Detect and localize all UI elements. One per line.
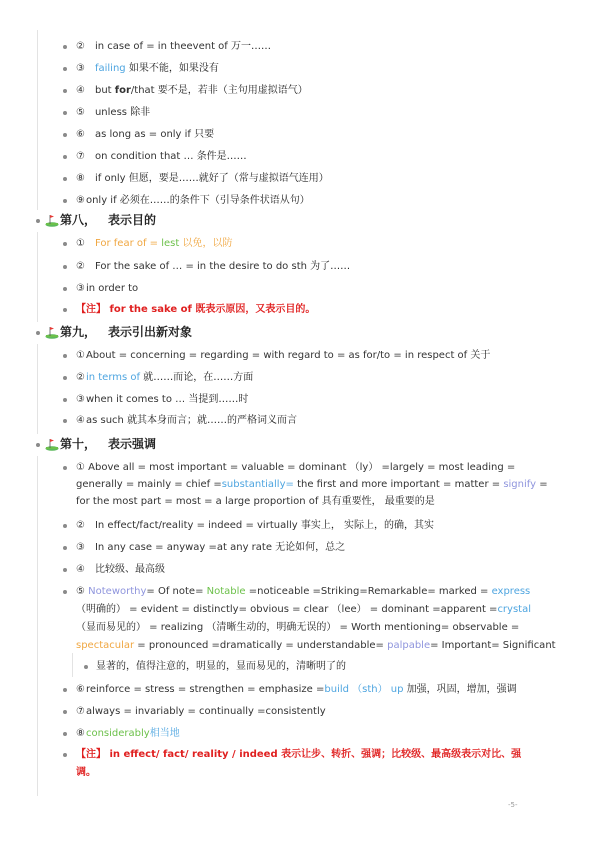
text-span: In effect/fact/reality = indeed = virtua… [95,520,301,531]
text-span: 条件是…… [197,151,247,162]
item-number: ⑦ [76,706,85,717]
text-span: lest [161,238,179,249]
item-number: ⑥ [76,684,85,695]
tree-guide-line [37,456,38,796]
text-span: 要不是，若非（主句用虚拟语气） [158,85,308,96]
list-item: ③when it comes to … 当提到……时 [76,393,248,407]
list-item: ④as such 就其本身而言；就……的严格词义而言 [76,414,297,428]
item-number: ① [76,238,85,249]
bullet-icon [63,111,67,115]
text-span: = realizing [146,622,206,633]
text-span: 但愿，要是……就好了（常与虚拟语气连用） [129,173,329,184]
bullet-icon [63,67,67,71]
list-item: ⑧if only 但愿，要是……就好了（常与虚拟语气连用） [76,172,329,186]
text-span: = evident = distinctly= obvious = clear … [126,604,497,615]
text-span: always = invariably = continually =consi… [86,706,326,717]
item-number: ⑧ [76,728,85,739]
text-span: 相当地 [150,728,180,739]
bullet-icon [36,219,40,223]
text-span: = pronounced =dramatically = understanda… [134,640,387,651]
section-number: 第八， [60,213,96,227]
note-text: 【注】 in effect/ fact/ reality / indeed 表示… [76,748,521,762]
text-span: About = concerning = regarding = with re… [86,350,470,361]
list-item: ③in order to [76,282,138,296]
text-span: considerably [86,728,150,739]
bullet-icon [63,753,67,757]
text-span: For fear of = [95,238,161,249]
bullet-icon [63,265,67,269]
text-span: ⑤ [76,586,88,597]
tree-guide-line [37,232,38,322]
bullet-icon [63,590,67,594]
text-span: but [95,85,115,96]
item-number: ② [76,41,85,52]
text-span: the first and more important = matter = [294,479,503,490]
text-span: Notable [207,586,246,597]
list-item: ⑦on condition that … 条件是…… [76,150,247,164]
text-span: = Important= Significant [430,640,555,651]
emphasis-item-5-line: ⑤ Noteworthy= Of note= Notable =noticeab… [76,585,530,599]
text-span: for [115,85,131,96]
list-item: ⑥reinforce = stress = strengthen = empha… [76,683,517,697]
note-text: 调。 [76,766,96,780]
bullet-icon [63,133,67,137]
list-item: ②In effect/fact/reality = indeed = virtu… [76,519,434,533]
text-span: For the sake of … = in the desire to do … [95,261,310,272]
text-span: ① Above all = most important = valuable … [76,462,515,473]
golf-flag-icon [45,437,59,451]
item-number: ④ [76,415,85,426]
text-span: in terms of [86,372,140,383]
bullet-icon [63,308,67,312]
text-span: reinforce = stress = strengthen = emphas… [86,684,324,695]
item-number: ⑨ [76,195,85,206]
text-span: when it comes to … [86,394,188,405]
text-span: 无论如何，总之 [275,542,345,553]
text-span: 加强，巩固，增加，强调 [404,684,517,695]
list-item: ⑨only if 必须在……的条件下（引导条件状语从句） [76,194,310,208]
bullet-icon [63,177,67,181]
item-number: ② [76,372,85,383]
text-span: = Of note= [146,586,206,597]
bullet-icon [63,419,67,423]
list-item: ①For fear of = lest 以免，以防 [76,237,233,251]
bullet-icon [63,376,67,380]
item-number: ④ [76,564,85,575]
emphasis-item-1-line: for the most part = most = a large propo… [76,495,435,509]
text-span: spectacular [76,640,134,651]
item-number: ① [76,350,85,361]
list-item: ⑧considerably相当地 [76,727,180,741]
bullet-icon [63,688,67,692]
tree-guide-line [72,653,73,677]
section-heading: 第八，表示目的 [60,212,156,228]
text-span: generally = mainly = chief = [76,479,222,490]
item-number: ⑦ [76,151,85,162]
text-span: crystal [497,604,531,615]
emphasis-item-1-line: ① Above all = most important = valuable … [76,461,515,475]
item-number: ② [76,261,85,272]
bullet-icon [84,665,88,669]
emphasis-item-1-line: generally = mainly = chief =substantiall… [76,478,548,492]
text-span: 除非 [130,107,150,118]
section-heading: 第九，表示引出新对象 [60,324,192,340]
text-span: = Worth mentioning= observable = [336,622,519,633]
list-item: ④比较级、最高级 [76,563,165,577]
text-span: express [492,586,531,597]
section-title: 表示目的 [108,213,156,227]
text-span: only if [86,195,120,206]
bullet-icon [36,331,40,335]
bullet-icon [63,732,67,736]
text-span: failing [95,63,126,74]
text-span: in case of = in theevent of [95,41,231,52]
text-span: on condition that … [95,151,197,162]
text-span: 关于 [470,350,490,361]
bullet-icon [63,199,67,203]
text-span: （显而易见的） [76,622,146,633]
text-span: in order to [86,283,138,294]
text-span: unless [95,107,130,118]
item-number: ③ [76,542,85,553]
bullet-icon [63,546,67,550]
section-number: 第九， [60,325,96,339]
text-span: =noticeable =Striking=Remarkable= marked… [246,586,492,597]
text-span: Noteworthy [88,586,146,597]
item-number: ③ [76,63,85,74]
section-number: 第十， [60,437,96,451]
text-span: 为了…… [310,261,350,272]
text-span: palpable [387,640,430,651]
list-item: ⑥as long as = only if 只要 [76,128,214,142]
tree-guide-line [37,30,38,210]
bullet-icon [63,524,67,528]
bullet-icon [63,89,67,93]
emphasis-item-5-line: （明确的） = evident = distinctly= obvious = … [76,603,531,617]
list-item: ①About = concerning = regarding = with r… [76,349,490,363]
section-heading: 第十，表示强调 [60,436,156,452]
item-number: ② [76,520,85,531]
bullet-icon [63,710,67,714]
text-span: （明确的） [76,604,126,615]
item-number: ③ [76,283,85,294]
item-number: ④ [76,85,85,96]
bullet-icon [36,443,40,447]
text-span: 只要 [194,129,214,140]
list-item: ②in terms of 就……而论，在……方面 [76,371,253,385]
text-span: 当提到……时 [188,394,248,405]
list-item: ③In any case = anyway =at any rate 无论如何，… [76,541,345,555]
text-span: 事实上， 实际上，的确，其实 [301,520,434,531]
bullet-icon [63,287,67,291]
text-span: （清晰生动的，明确无误的） [206,622,336,633]
text-span: 具有重要性， 最重要的是 [322,496,435,507]
item-number: ③ [76,394,85,405]
item-number: ⑤ [76,107,85,118]
sub-item-text: 显著的，值得注意的，明显的，显而易见的，清晰明了的 [96,660,346,674]
text-span: 就其本身而言；就……的严格词义而言 [127,415,297,426]
emphasis-item-5-line: （显而易见的） = realizing （清晰生动的，明确无误的） = Wort… [76,621,519,635]
document-page: ②in case of = in theevent of 万一……③failin… [0,0,595,842]
text-span: 就……而论，在……方面 [140,372,253,383]
text-span: signify [503,479,536,490]
list-item: ⑦always = invariably = continually =cons… [76,705,326,719]
list-item: ③failing 如果不能，如果没有 [76,62,219,76]
item-number: ⑧ [76,173,85,184]
item-number: ⑥ [76,129,85,140]
list-item: 【注】 for the sake of 既表示原因，又表示目的。 [76,303,315,317]
bullet-icon [63,242,67,246]
bullet-icon [63,398,67,402]
golf-flag-icon [45,325,59,339]
section-title: 表示强调 [108,437,156,451]
text-span: 必须在……的条件下（引导条件状语从句） [120,195,310,206]
list-item: ⑤unless 除非 [76,106,150,120]
list-item: ②in case of = in theevent of 万一…… [76,40,271,54]
text-span: 比较级、最高级 [95,564,165,575]
golf-flag-icon [45,213,59,227]
text-span: = [536,479,548,490]
bullet-icon [63,354,67,358]
text-span: 如果不能，如果没有 [126,63,219,74]
bullet-icon [63,466,67,470]
text-span: 【注】 for the sake of 既表示原因，又表示目的。 [76,304,315,315]
emphasis-item-5-line: spectacular = pronounced =dramatically =… [76,639,556,653]
text-span: 万一…… [231,41,271,52]
text-span: /that [131,85,158,96]
text-span: as such [86,415,127,426]
text-span: 以免，以防 [179,238,232,249]
text-span: if only [95,173,129,184]
bullet-icon [63,155,67,159]
text-span: for the most part = most = a large propo… [76,496,322,507]
text-span: In any case = anyway =at any rate [95,542,275,553]
list-item: ②For the sake of … = in the desire to do… [76,260,350,274]
bullet-icon [63,568,67,572]
bullet-icon [63,45,67,49]
tree-guide-line [37,344,38,434]
text-span: as long as = only if [95,129,194,140]
list-item: ④but for/that 要不是，若非（主句用虚拟语气） [76,84,308,98]
text-span: build （sth） up [324,684,403,695]
page-number: -5- [508,801,518,809]
text-span: substantially= [222,479,294,490]
section-title: 表示引出新对象 [108,325,192,339]
